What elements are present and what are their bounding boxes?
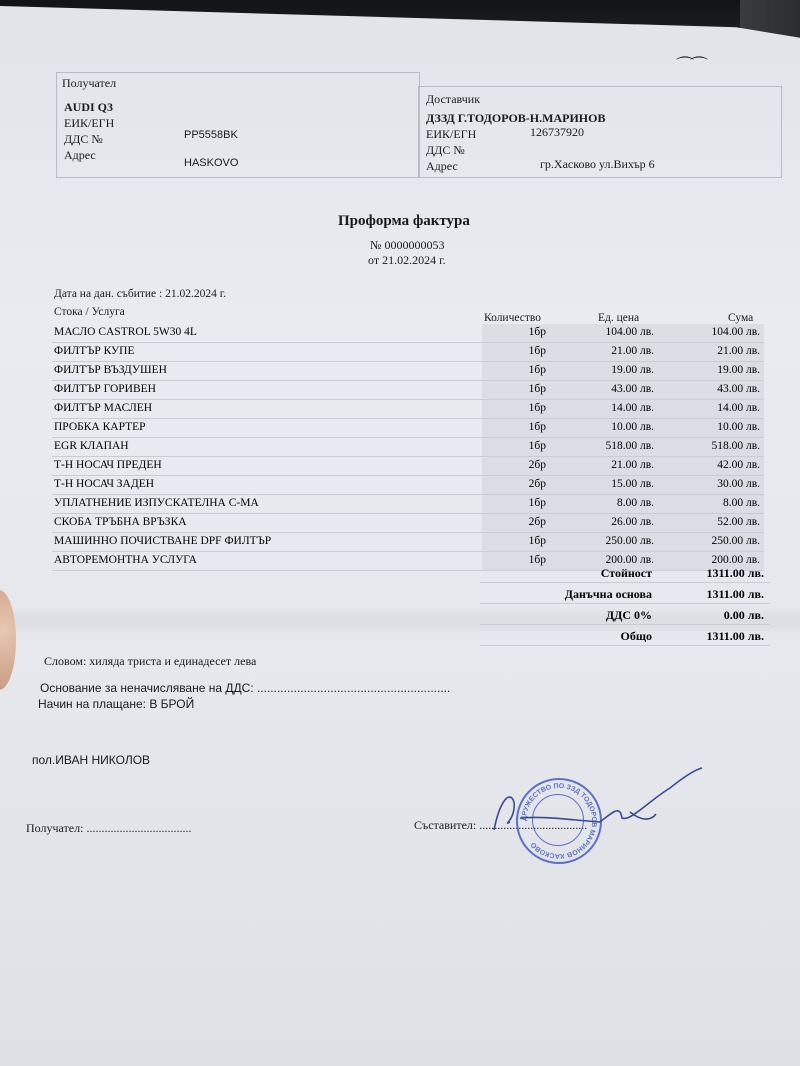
table-row: ПРОБКА КАРТЕР1бр10.00 лв.10.00 лв. [52, 419, 764, 438]
cell-qty: 1бр [529, 535, 546, 547]
cell-unit-price: 104.00 лв. [605, 326, 654, 338]
cell-item: Т-Н НОСАЧ ЗАДЕН [54, 478, 154, 490]
total-row: Общо1311.00 лв. [480, 625, 770, 646]
cell-qty: 1бр [529, 402, 546, 414]
paper-clip-icon: ⌒⌒ [676, 52, 704, 78]
cell-item: УПЛАТНЕНИЕ ИЗПУСКАТЕЛНА С-МА [54, 497, 259, 509]
col-amount: Сума [728, 312, 753, 324]
cell-item: АВТОРЕМОНТНА УСЛУГА [54, 554, 197, 566]
cell-amount: 10.00 лв. [717, 421, 760, 433]
supplier-address-value: гр.Хасково ул.Вихър 6 [540, 157, 655, 172]
cell-amount: 104.00 лв. [711, 326, 760, 338]
cell-unit-price: 14.00 лв. [611, 402, 654, 414]
received-by: пол.ИВАН НИКОЛОВ [32, 753, 150, 767]
cell-amount: 518.00 лв. [711, 440, 760, 452]
cell-qty: 1бр [529, 421, 546, 433]
cell-amount: 250.00 лв. [711, 535, 760, 547]
total-value: 1311.00 лв. [706, 566, 764, 581]
document-title: Проформа фактура [338, 213, 470, 230]
amount-in-words: Словом: хиляда триста и единадесет лева [44, 654, 256, 669]
tax-event-date: Дата на дан. събитие : 21.02.2024 г. [54, 288, 226, 300]
supplier-address-label: Адрес [426, 159, 458, 174]
total-label: Стойност [601, 566, 652, 581]
total-value: 1311.00 лв. [706, 629, 764, 644]
vat-exemption-basis: Основание за неначисляване на ДДС: .....… [40, 681, 450, 695]
recipient-name: AUDI Q3 [64, 100, 113, 115]
cell-item: ПРОБКА КАРТЕР [54, 421, 146, 433]
cell-unit-price: 250.00 лв. [605, 535, 654, 547]
cell-unit-price: 21.00 лв. [611, 345, 654, 357]
table-row: СКОБА ТРЪБНА ВРЪЗКА2бр26.00 лв.52.00 лв. [52, 514, 764, 533]
table-header: Стока / Услуга Количество Ед. цена Сума [52, 306, 764, 324]
cell-qty: 2бр [529, 459, 546, 471]
supplier-vat-label: ДДС № [426, 143, 465, 158]
cell-qty: 1бр [529, 383, 546, 395]
table-row: Т-Н НОСАЧ ЗАДЕН2бр15.00 лв.30.00 лв. [52, 476, 764, 495]
cell-qty: 1бр [529, 497, 546, 509]
table-row: МАСЛО CASTROL 5W30 4L1бр104.00 лв.104.00… [52, 324, 764, 343]
totals-block: Стойност1311.00 лв.Данъчна основа1311.00… [480, 562, 770, 646]
document-date: от 21.02.2024 г. [368, 253, 446, 268]
cell-qty: 2бр [529, 478, 546, 490]
total-label: ДДС 0% [606, 608, 652, 623]
table-row: Т-Н НОСАЧ ПРЕДЕН2бр21.00 лв.42.00 лв. [52, 457, 764, 476]
recipient-eik-label: ЕИК/ЕГН [64, 116, 114, 131]
recipient-signature-line: Получател: .............................… [26, 821, 191, 836]
cell-item: СКОБА ТРЪБНА ВРЪЗКА [54, 516, 187, 528]
cell-amount: 21.00 лв. [717, 345, 760, 357]
cell-amount: 42.00 лв. [717, 459, 760, 471]
cell-amount: 14.00 лв. [717, 402, 760, 414]
total-row: Данъчна основа1311.00 лв. [480, 583, 770, 604]
cell-amount: 8.00 лв. [723, 497, 760, 509]
recipient-vat-label: ДДС № [64, 132, 103, 147]
recipient-vat-value: PP5558BK [184, 129, 238, 141]
col-qty: Количество [484, 312, 541, 324]
table-row: МАШИННО ПОЧИСТВАНЕ DPF ФИЛТЪР1бр250.00 л… [52, 533, 764, 552]
cell-unit-price: 10.00 лв. [611, 421, 654, 433]
cell-amount: 30.00 лв. [717, 478, 760, 490]
payment-method: Начин на плащане: В БРОЙ [38, 697, 194, 711]
cell-unit-price: 19.00 лв. [611, 364, 654, 376]
col-item: Стока / Услуга [54, 306, 125, 318]
cell-item: МАСЛО CASTROL 5W30 4L [54, 326, 197, 338]
supplier-name: ДЗЗД Г.ТОДОРОВ-Н.МАРИНОВ [426, 111, 605, 126]
cell-item: Т-Н НОСАЧ ПРЕДЕН [54, 459, 162, 471]
cell-item: ФИЛТЪР МАСЛЕН [54, 402, 152, 414]
total-row: ДДС 0%0.00 лв. [480, 604, 770, 625]
table-row: ФИЛТЪР ГОРИВЕН1бр43.00 лв.43.00 лв. [52, 381, 764, 400]
cell-unit-price: 43.00 лв. [611, 383, 654, 395]
supplier-eik-label: ЕИК/ЕГН [426, 127, 476, 142]
cell-item: МАШИННО ПОЧИСТВАНЕ DPF ФИЛТЪР [54, 535, 271, 547]
cell-unit-price: 8.00 лв. [617, 497, 654, 509]
cell-unit-price: 15.00 лв. [611, 478, 654, 490]
recipient-heading: Получател [62, 76, 116, 91]
col-unit-price: Ед. цена [598, 312, 639, 324]
items-table: Стока / Услуга Количество Ед. цена Сума … [52, 306, 764, 571]
total-label: Данъчна основа [565, 587, 652, 602]
cell-qty: 1бр [529, 326, 546, 338]
supplier-heading: Доставчик [426, 92, 480, 107]
cell-unit-price: 21.00 лв. [611, 459, 654, 471]
cell-amount: 52.00 лв. [717, 516, 760, 528]
recipient-address-label: Адрес [64, 148, 96, 163]
cell-item: ФИЛТЪР ГОРИВЕН [54, 383, 156, 395]
total-row: Стойност1311.00 лв. [480, 562, 770, 583]
cell-item: EGR КЛАПАН [54, 440, 129, 452]
total-value: 0.00 лв. [724, 608, 764, 623]
cell-qty: 1бр [529, 364, 546, 376]
supplier-eik-value: 126737920 [530, 125, 584, 140]
cell-amount: 19.00 лв. [717, 364, 760, 376]
signature [480, 760, 720, 850]
cell-unit-price: 518.00 лв. [605, 440, 654, 452]
document-number: № 0000000053 [370, 238, 444, 253]
cell-qty: 1бр [529, 440, 546, 452]
cell-qty: 2бр [529, 516, 546, 528]
table-row: ФИЛТЪР МАСЛЕН1бр14.00 лв.14.00 лв. [52, 400, 764, 419]
recipient-address-value: HASKOVO [184, 157, 238, 169]
table-row: УПЛАТНЕНИЕ ИЗПУСКАТЕЛНА С-МА1бр8.00 лв.8… [52, 495, 764, 514]
table-row: ФИЛТЪР КУПЕ1бр21.00 лв.21.00 лв. [52, 343, 764, 362]
cell-unit-price: 26.00 лв. [611, 516, 654, 528]
table-row: ФИЛТЪР ВЪЗДУШЕН1бр19.00 лв.19.00 лв. [52, 362, 764, 381]
table-row: EGR КЛАПАН1бр518.00 лв.518.00 лв. [52, 438, 764, 457]
cell-amount: 43.00 лв. [717, 383, 760, 395]
total-value: 1311.00 лв. [706, 587, 764, 602]
cell-item: ФИЛТЪР ВЪЗДУШЕН [54, 364, 167, 376]
cell-qty: 1бр [529, 345, 546, 357]
cell-item: ФИЛТЪР КУПЕ [54, 345, 135, 357]
total-label: Общо [621, 629, 652, 644]
